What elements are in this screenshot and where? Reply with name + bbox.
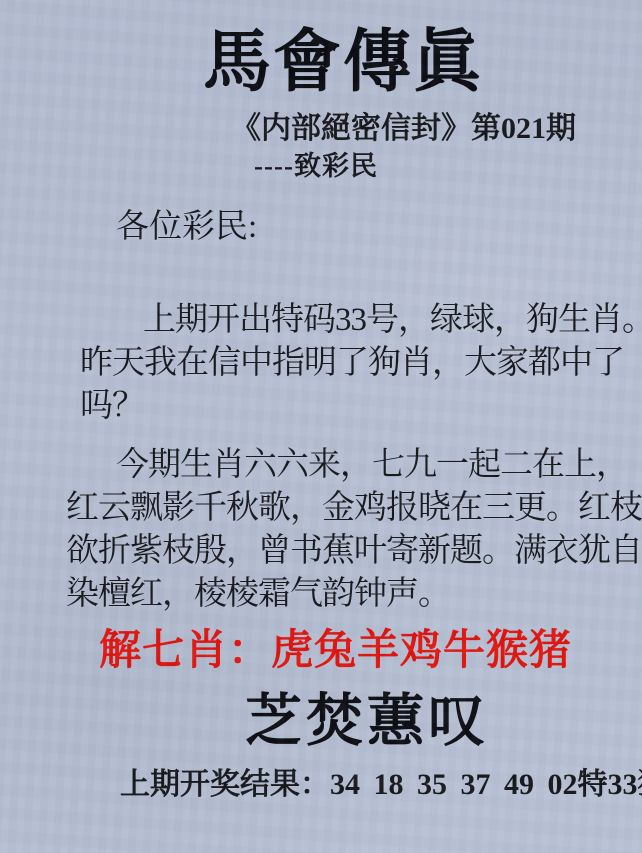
page-title: 馬會傳眞 xyxy=(203,16,642,108)
text-line: 今期生肖六六来，七九一起二在上， xyxy=(116,444,642,487)
salutation-text: 各位彩民: xyxy=(116,205,642,249)
text-line: 上期开出特码33号，绿球，狗生肖。 xyxy=(143,299,642,342)
paragraph-current-issue-verse: 今期生肖六六来，七九一起二在上， 红云飘影千秋歌，金鸡报晓在三更。红枝 欲折紫枝… xyxy=(66,444,642,616)
paragraph-previous-draw-recap: 上期开出特码33号，绿球，狗生肖。 昨天我在信中指明了狗肖，大家都中了 吗？ xyxy=(80,299,642,428)
dedication-line: ----致彩民 xyxy=(254,150,642,182)
text-line: 染檀红，棱棱霜气韵钟声。 xyxy=(66,573,642,616)
text-line: 红云飘影千秋歌，金鸡报晓在三更。红枝 xyxy=(66,487,642,530)
previous-draw-result-line: 上期开奖结果：34 18 35 37 49 02特33狗 xyxy=(120,765,642,805)
idiom-text: 芝焚蕙叹 xyxy=(245,685,642,759)
text-line: 吗？ xyxy=(80,385,642,428)
text-line: 欲折紫枝殷，曾书蕉叶寄新题。满衣犹自 xyxy=(66,530,642,573)
fax-letter-page: 馬會傳眞 《内部絕密信封》第021期 ----致彩民 各位彩民: 上期开出特码3… xyxy=(0,0,642,853)
seven-zodiac-hint-line: 解七肖：虎兔羊鸡牛猴猪 xyxy=(99,625,642,677)
text-line: 昨天我在信中指明了狗肖，大家都中了 xyxy=(80,342,642,385)
issue-line: 《内部絕密信封》第021期 xyxy=(231,110,642,148)
